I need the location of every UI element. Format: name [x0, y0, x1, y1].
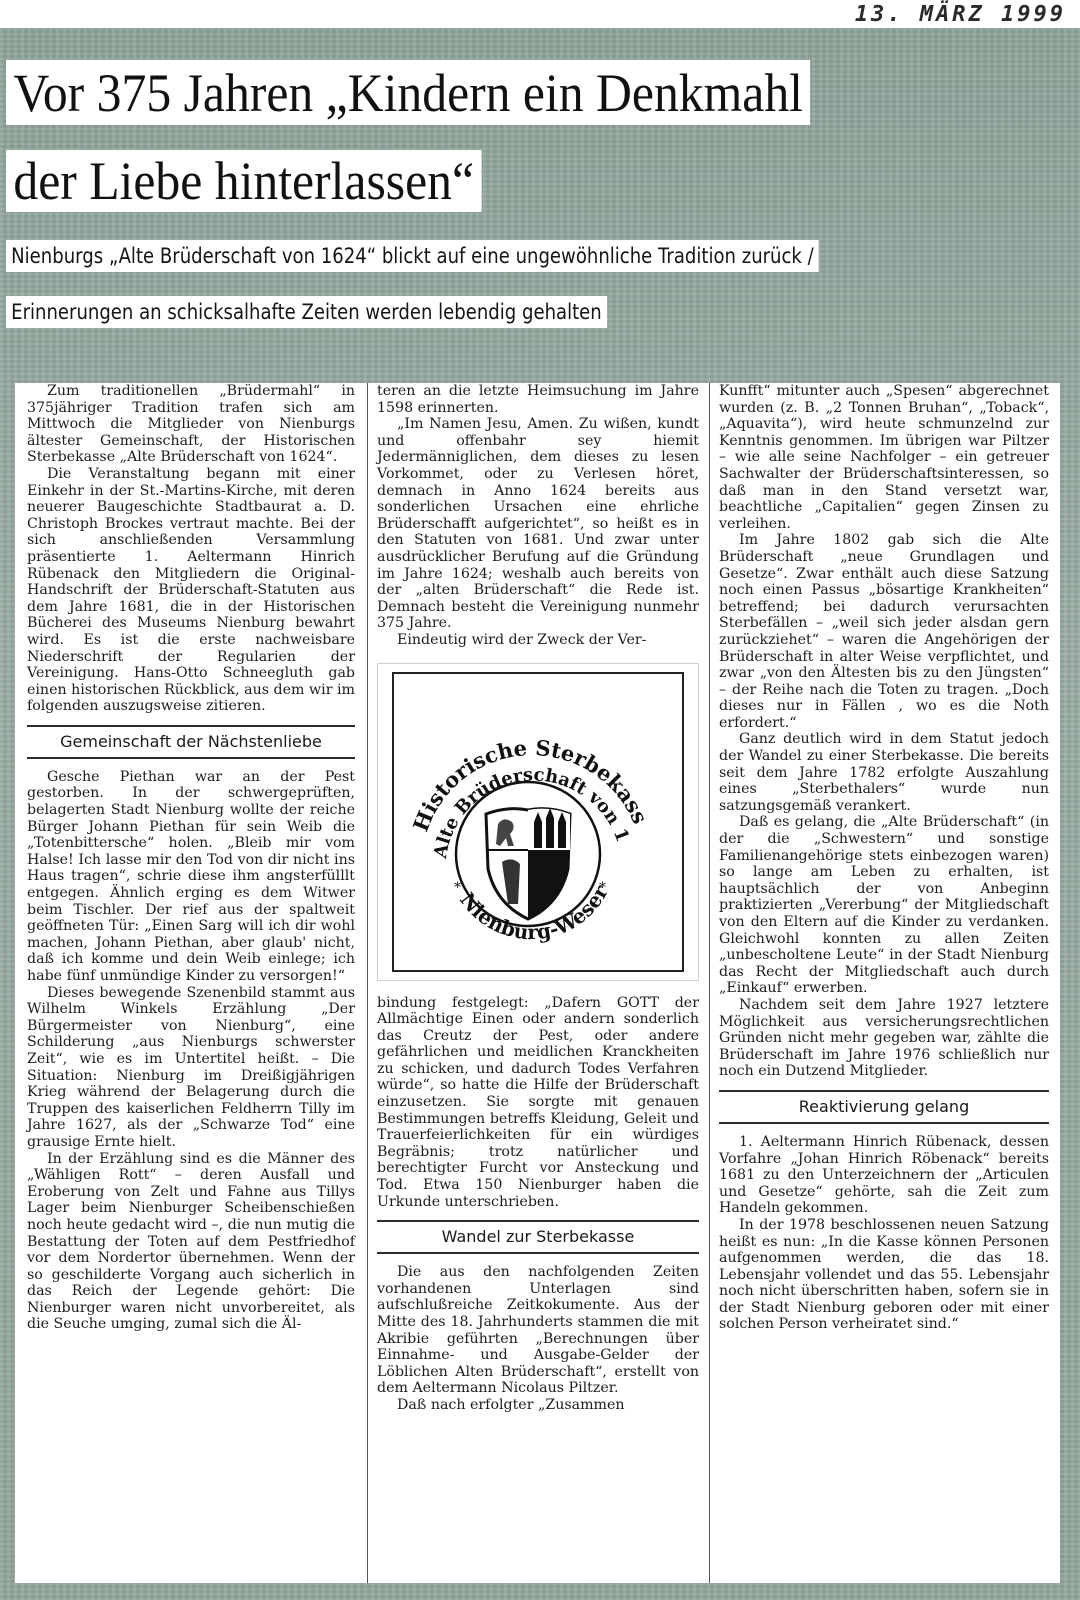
- paragraph: In der 1978 beschlossenen neuen Satzung …: [719, 1217, 1049, 1333]
- paragraph: Die aus den nachfolgenden Zeiten vorhand…: [377, 1264, 699, 1397]
- paragraph: In der Erzählung sind es die Männer des …: [27, 1151, 355, 1334]
- paragraph: Dieses bewegende Szenenbild stammt aus W…: [27, 985, 355, 1151]
- paragraph: Eindeutig wird der Zweck der Ver-: [377, 632, 699, 649]
- column-3: Kunfft“ mitunter auch „Spesen“ abgerechn…: [719, 383, 1049, 1583]
- subheadline-line-2: Erinnerungen an schicksalhafte Zeiten we…: [6, 296, 607, 328]
- paragraph: 1. Aeltermann Hinrich Rübenack, dessen V…: [719, 1134, 1049, 1217]
- paragraph: „Im Namen Jesu, Amen. Zu wißen, kundt un…: [377, 416, 699, 632]
- paragraph: Kunfft“ mitunter auch „Spesen“ abgerechn…: [719, 383, 1049, 532]
- paragraph: Gesche Piethan war an der Pest gestorben…: [27, 769, 355, 985]
- paragraph: Daß nach erfolgter „Zusammen: [377, 1397, 699, 1414]
- paragraph: teren an die letzte Heimsuchung im Jahre…: [377, 383, 699, 416]
- paragraph: Ganz deutlich wird in dem Statut jedoch …: [719, 731, 1049, 814]
- column-divider: [709, 383, 710, 1583]
- paragraph: Im Jahre 1802 gab sich die Alte Brüdersc…: [719, 532, 1049, 731]
- paragraph: Zum traditionellen „Brüdermahl“ in 375jä…: [27, 383, 355, 466]
- article-body: Zum traditionellen „Brüdermahl“ in 375jä…: [15, 383, 1060, 1583]
- svg-text:*: *: [454, 880, 461, 896]
- headline-line-1: Vor 375 Jahren „Kindern ein Denkmahl: [6, 60, 810, 125]
- column-2: teren an die letzte Heimsuchung im Jahre…: [377, 383, 699, 1583]
- seal-emblem: Historische Sterbekasse Alte Brüderschaf…: [392, 672, 684, 972]
- section-heading: Wandel zur Sterbekasse: [377, 1220, 699, 1254]
- coat-of-arms-icon: Historische Sterbekasse Alte Brüderschaf…: [394, 674, 662, 966]
- column-1: Zum traditionellen „Brüdermahl“ in 375jä…: [27, 383, 355, 1583]
- section-heading: Gemeinschaft der Nächstenliebe: [27, 725, 355, 759]
- paragraph: Nachdem seit dem Jahre 1927 letztere Mög…: [719, 997, 1049, 1080]
- paragraph: bindung festgelegt: „Dafern GOTT der All…: [377, 995, 699, 1211]
- headline-line-2: der Liebe hinterlassen“: [6, 150, 481, 212]
- date-stamp: 13. MÄRZ 1999: [855, 2, 1066, 27]
- paragraph: Die Veranstaltung begann mit einer Einke…: [27, 466, 355, 715]
- column-divider: [367, 383, 368, 1583]
- subheadline-line-1: Nienburgs „Alte Brüderschaft von 1624“ b…: [6, 240, 819, 272]
- seal-image-frame: Historische Sterbekasse Alte Brüderschaf…: [377, 663, 699, 981]
- paragraph: Daß es gelang, die „Alte Brüderschaft“ (…: [719, 814, 1049, 997]
- section-heading: Reaktivierung gelang: [719, 1090, 1049, 1124]
